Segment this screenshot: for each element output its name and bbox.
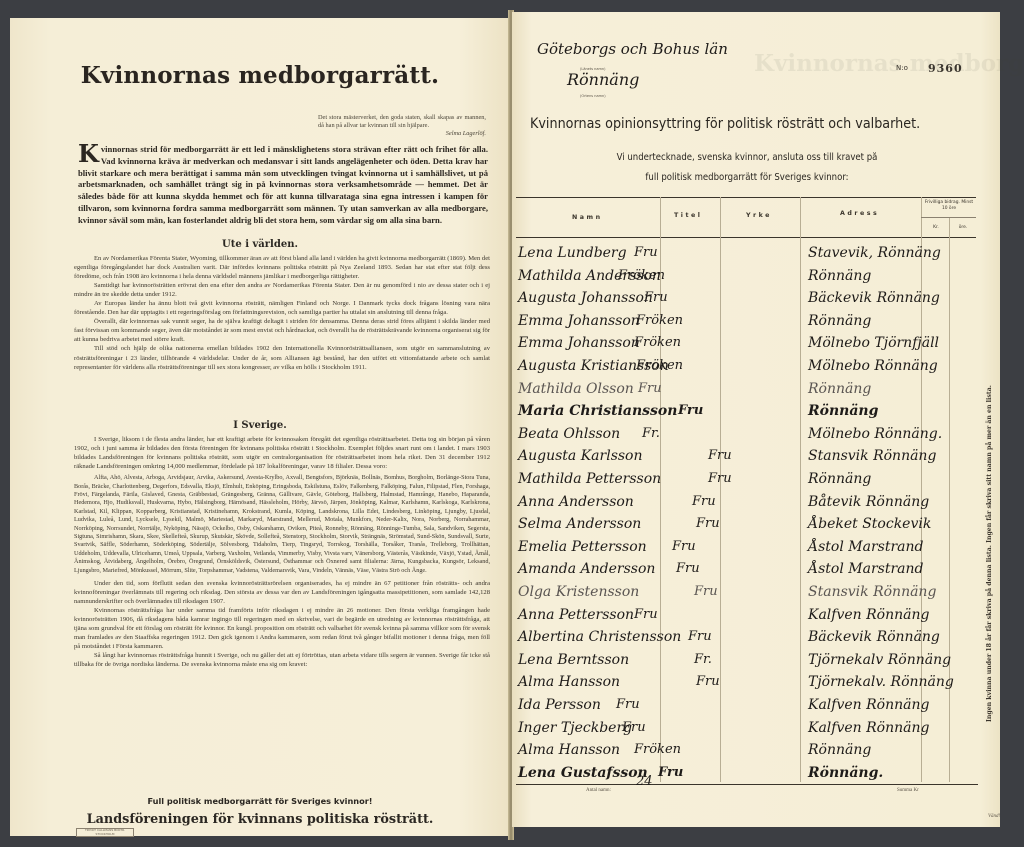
paragraph: En av Nordamerikas Förenta Stater, Wyomi… [74,254,490,281]
petition-subtitle-1: Vi undertecknade, svenska kvinnor, anslu… [531,152,963,163]
table-row: Lena LundbergFruStavevik, Rönnäng [516,245,976,267]
paragraph: Till stöd och hjälp de olika nationerna … [74,344,490,371]
table-row: Augusta JohanssonFruBäckevik Rönnäng [516,290,976,312]
turn-over-note: Vänd! [988,814,1000,819]
table-row: Alma HanssonFrökenRönnäng [516,742,976,764]
slogan: Full politisk medborgarrätt för Sveriges… [10,796,510,806]
paragraph: I Sverige, liksom i de flesta andra länd… [74,435,490,471]
quote-author: Selma Lagerlöf. [318,130,486,138]
epigraph-quote: Det stora mästerverket, den goda staten,… [318,114,486,139]
signature-name: Emma Johansson [518,335,640,351]
table-row: Emma JohanssonFrökenMölnebo Tjörnfjäll [516,335,976,357]
signature-name: Emelia Pettersson [518,539,647,555]
organization-footer: Landsföreningen för kvinnans politiska r… [10,812,510,827]
signature-adress: Rönnäng [808,313,871,329]
table-row: Mathilda AnderssonFrökenRönnäng [516,268,976,290]
signature-titel: Fru [672,539,696,554]
signature-adress: Stansvik Rönnäng [808,584,936,600]
table-row: Emelia PetterssonFruÅstol Marstrand [516,539,976,561]
table-row: Lena BerntssonFr.Tjörnekalv Rönnäng [516,652,976,674]
right-page-petition: Kvinnornas medborgarrätt Göteborgs och B… [512,12,1000,827]
signature-titel: Fru [634,607,658,622]
paragraph: Så långt har kvinnornas rösträttsfråga h… [74,651,490,669]
table-row: Olga KristenssonFruStansvik Rönnäng [516,584,976,606]
signature-titel: Fröken [634,335,681,350]
signature-name: Mathilda Pettersson [518,471,661,487]
printer-stamp: TRYCKT CALLMANS BOKTR. STOCKHOLM [76,828,134,837]
county-handwritten: Göteborgs och Bohus län [537,40,728,58]
signature-adress: Mölnebo Tjörnfjäll [808,335,939,351]
signature-adress: Tjörnekalv Rönnäng [808,652,951,668]
table-row: Amanda AnderssonFruÅstol Marstrand [516,561,976,583]
number-label: N:o [896,64,908,72]
parish-handwritten: Rönnäng [567,70,639,89]
column-header-namn: Namn [572,214,603,221]
signature-adress: Kalfven Rönnäng [808,607,929,623]
signature-name: Augusta Karlsson [518,448,643,464]
signature-adress: Stansvik Rönnäng [808,448,936,464]
signature-adress: Mölnebo Rönnäng [808,358,938,374]
section-heading-world: Ute i världen. [10,239,510,250]
column-header-kr: Kr. [926,225,946,231]
table-row: Augusta KristianssonFrökenMölnebo Rönnän… [516,358,976,380]
petition-title: Kvinnornas opinionsyttring för politisk … [530,116,917,132]
signature-name: Inger Tjeckberg [518,720,632,736]
name-count-label: Antal namn: [586,788,611,793]
signature-titel: Fr. [694,652,712,667]
signature-name: Lena Berntsson [518,652,629,668]
table-top-rule [516,197,976,198]
signature-adress: Stavevik, Rönnäng [808,245,941,261]
signature-name: Lena Gustafsson [518,765,648,781]
signature-name: Augusta Johansson [518,290,653,306]
signature-adress: Båtevik Rönnäng [808,494,929,510]
signature-name: Anna Andersson [518,494,634,510]
signature-adress: Kalfven Rönnäng [808,697,929,713]
name-count-value: 24 [636,774,653,789]
quote-text: Det stora mästerverket, den goda staten,… [318,114,486,129]
table-header-rule [516,237,976,238]
signature-adress: Rönnäng [808,268,871,284]
signature-adress: Åstol Marstrand [808,539,923,555]
signature-adress: Rönnäng [808,403,878,419]
signature-titel: Fröken [634,742,681,757]
petition-number: 9360 [928,62,963,75]
signature-name: Ida Persson [518,697,601,713]
signature-titel: Fru [676,561,700,576]
signature-adress: Rönnäng [808,471,871,487]
paragraph: Överallt, där kvinnornas sak vunnit sege… [74,317,490,344]
table-row: Emma JohanssonFrökenRönnäng [516,313,976,335]
column-header-adress: Adress [840,210,879,217]
signature-adress: Mölnebo Rönnäng. [808,426,942,442]
signature-adress: Rönnäng [808,381,871,397]
signature-name: Lena Lundberg [518,245,627,261]
signature-titel: Fröken [618,268,665,283]
left-page-manifesto: Kvinnornas medborgarrätt. Det stora mäst… [10,18,510,836]
signature-adress: Kalfven Rönnäng [808,720,929,736]
signature-adress: Rönnäng [808,742,871,758]
signature-titel: Fru [634,245,658,260]
table-row: Inger TjeckbergFruKalfven Rönnäng [516,720,976,742]
column-header-ore: öre. [953,225,973,231]
sideways-instruction: Ingen kvinna under 18 år får skriva på d… [986,202,1000,722]
section-world-body: En av Nordamerikas Förenta Stater, Wyomi… [74,254,490,372]
table-row: Alma HanssonFruTjörnekalv. Rönnäng [516,674,976,696]
signature-titel: Fru [616,697,640,712]
table-row: Ida PerssonFruKalfven Rönnäng [516,697,976,719]
petition-subtitle-2: full politisk medborgarrätt för Sveriges… [531,172,963,183]
column-header-titel: Titel [674,212,702,219]
table-row: Selma AnderssonFruÅbeket Stockevik [516,516,976,538]
signature-adress: Bäckevik Rönnäng [808,629,940,645]
signature-adress: Åbeket Stockevik [808,516,931,532]
sideways-instruction-text: Ingen kvinna under 18 år får skriva på d… [986,202,993,722]
table-row: Mathilda PetterssonFruRönnäng [516,471,976,493]
signature-titel: Fru [708,448,732,463]
paragraph: Under den tid, som förflutit sedan den s… [74,579,490,606]
signature-titel: Fru [688,629,712,644]
table-row: Beata OhlssonFr.Mölnebo Rönnäng. [516,426,976,448]
signature-titel: Fru [708,471,732,486]
signature-titel: Fröken [636,313,683,328]
signature-name: Amanda Andersson [518,561,655,577]
signature-titel: Fru [694,584,718,599]
signature-titel: Fru [696,516,720,531]
bleed-through-text: Kvinnornas medborgarrätt [754,50,1024,77]
table-row: Albertina ChristenssonFruBäckevik Rönnän… [516,629,976,651]
subheader-rule [921,217,976,218]
signature-name: Alma Hansson [518,674,620,690]
signature-titel: Fru [638,381,662,396]
parish-label: (Ortens namn) [580,94,606,98]
column-header-bidrag: Frivilliga bidrag. Minst 10 öre [923,200,975,212]
signature-titel: Fru [644,290,668,305]
signature-name: Anna Pettersson [518,607,634,623]
signature-titel: Fru [678,403,703,418]
table-row: Mathilda OlssonFruRönnäng [516,381,976,403]
section-heading-sweden: I Sverige. [10,420,510,431]
signature-name: Selma Andersson [518,516,641,532]
lead-paragraph: K vinnornas strid för medborgarrätt är e… [78,144,488,227]
signature-name: Emma Johansson [518,313,640,329]
paragraph: Av Europas länder ha ännu blott två givi… [74,299,490,317]
signature-name: Maria Christiansson [518,403,677,419]
signature-titel: Fr. [642,426,660,441]
signature-table: Namn Titel Yrke Adress Frivilliga bidrag… [516,197,976,782]
lead-text: vinnornas strid för medborgarrätt är ett… [78,144,488,225]
signature-name: Mathilda Olsson [518,381,634,397]
signature-titel: Fru [622,720,646,735]
signature-adress: Rönnäng. [808,765,883,781]
signature-adress: Åstol Marstrand [808,561,923,577]
signature-titel: Fru [658,765,683,780]
places-list: Alfta, Ahö, Alvesta, Arboga, Arvidsjaur,… [74,474,490,575]
sum-label: Summa Kr [897,788,919,793]
total-rule [516,784,978,785]
signature-titel: Fru [692,494,716,509]
table-row: Anna AnderssonFruBåtevik Rönnäng [516,494,976,516]
signature-adress: Tjörnekalv. Rönnäng [808,674,954,690]
column-header-yrke: Yrke [746,212,772,219]
paragraph: Samtidigt har kvinnorösträtten erövrat d… [74,281,490,299]
table-row: Anna PetterssonFruKalfven Rönnäng [516,607,976,629]
signature-titel: Fröken [636,358,683,373]
table-row: Augusta KarlssonFruStansvik Rönnäng [516,448,976,470]
signature-name: Beata Ohlsson [518,426,620,442]
drop-cap: K [78,144,99,164]
table-row: Maria ChristianssonFruRönnäng [516,403,976,425]
signature-name: Olga Kristensson [518,584,639,600]
signature-adress: Bäckevik Rönnäng [808,290,940,306]
section-sweden-body: I Sverige, liksom i de flesta andra länd… [74,435,490,670]
manifesto-title: Kvinnornas medborgarrätt. [10,62,510,89]
signature-name: Alma Hansson [518,742,620,758]
signature-titel: Fru [696,674,720,689]
paragraph: Kvinnornas rösträttsfråga har under samm… [74,606,490,651]
signature-name: Albertina Christensson [518,629,681,645]
